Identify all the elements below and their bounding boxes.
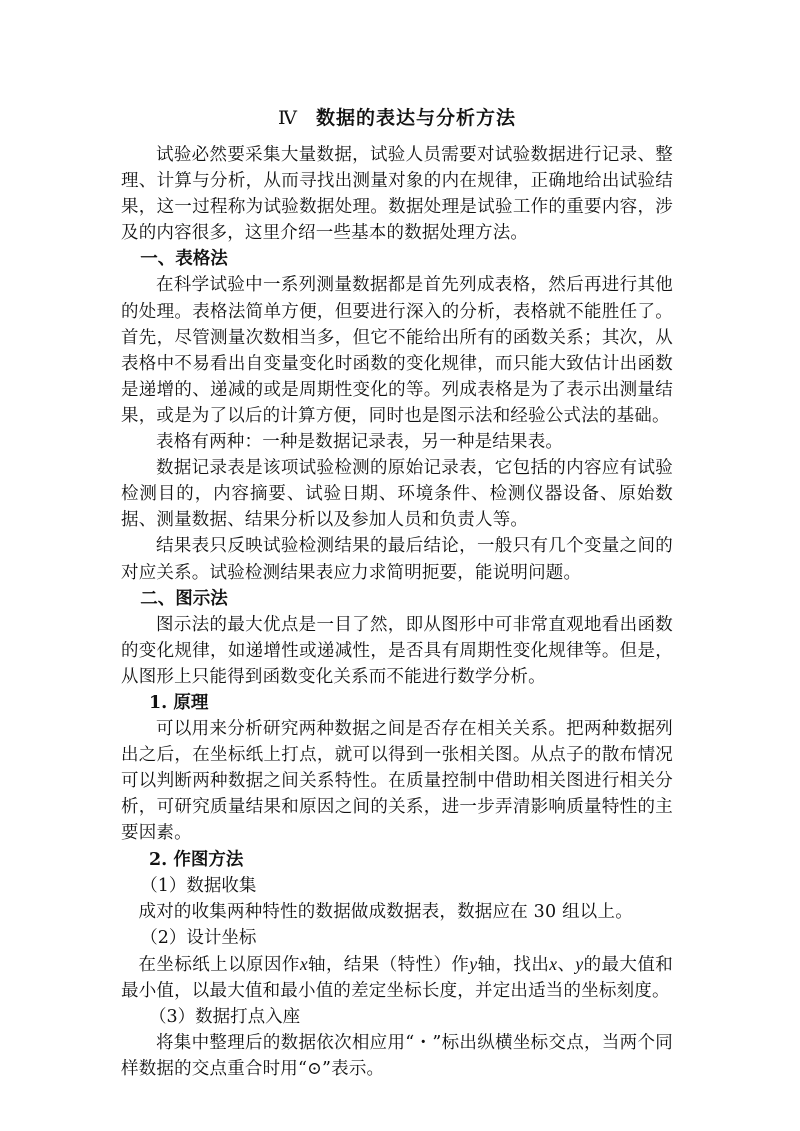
variable-x: x [300,954,308,974]
paragraph: 可以用来分析研究两种数据之间是否存在相关关系。把两种数据列出之后，在坐标纸上打点… [121,716,673,846]
step-heading-plot-points: （3）数据打点入座 [121,1004,673,1030]
section-heading-graph-method: 二、图示法 [121,586,673,612]
paragraph-axes: 在坐标纸上以原因作x轴，结果（特性）作y轴，找出x、y的最大值和最小值，以最大值… [121,951,673,1004]
intro-paragraph: 试验必然要采集大量数据，试验人员需要对试验数据进行记录、整理、计算与分析，从而寻… [121,142,673,246]
subsection-heading-principle: 1. 原理 [121,690,673,716]
paragraph: 成对的收集两种特性的数据做成数据表，数据应在 30 组以上。 [121,899,673,925]
paragraph: 将集中整理后的数据依次相应用“・”标出纵横坐标交点，当两个同样数据的交点重合时用… [121,1030,673,1082]
document-body: 试验必然要采集大量数据，试验人员需要对试验数据进行记录、整理、计算与分析，从而寻… [121,142,673,1082]
text-segment: 轴，找出 [477,955,549,975]
step-heading-data-collection: （1）数据收集 [121,873,673,899]
text-segment: 、 [557,955,575,975]
page-title: Ⅳ数据的表达与分析方法 [121,103,673,130]
text-segment: 轴，结果（特性）作 [308,955,470,975]
paragraph: 在科学试验中一系列测量数据都是首先列成表格，然后再进行其他的处理。表格法简单方便… [121,272,673,429]
text-segment: 在坐标纸上以原因作 [139,955,300,975]
step-heading-design-axes: （2）设计坐标 [121,925,673,951]
paragraph: 结果表只反映试验检测结果的最后结论，一般只有几个变量之间的对应关系。试验检测结果… [121,533,673,585]
paragraph: 数据记录表是该项试验检测的原始记录表，它包括的内容应有试验检测目的，内容摘要、试… [121,455,673,533]
title-number: Ⅳ [278,107,298,129]
title-text: 数据的表达与分析方法 [316,107,516,129]
section-heading-table-method: 一、表格法 [121,246,673,272]
subsection-heading-plot-method: 2. 作图方法 [121,847,673,873]
paragraph: 图示法的最大优点是一目了然，即从图形中可非常直观地看出函数的变化规律，如递增性或… [121,612,673,690]
paragraph: 表格有两种：一种是数据记录表，另一种是结果表。 [121,429,673,455]
